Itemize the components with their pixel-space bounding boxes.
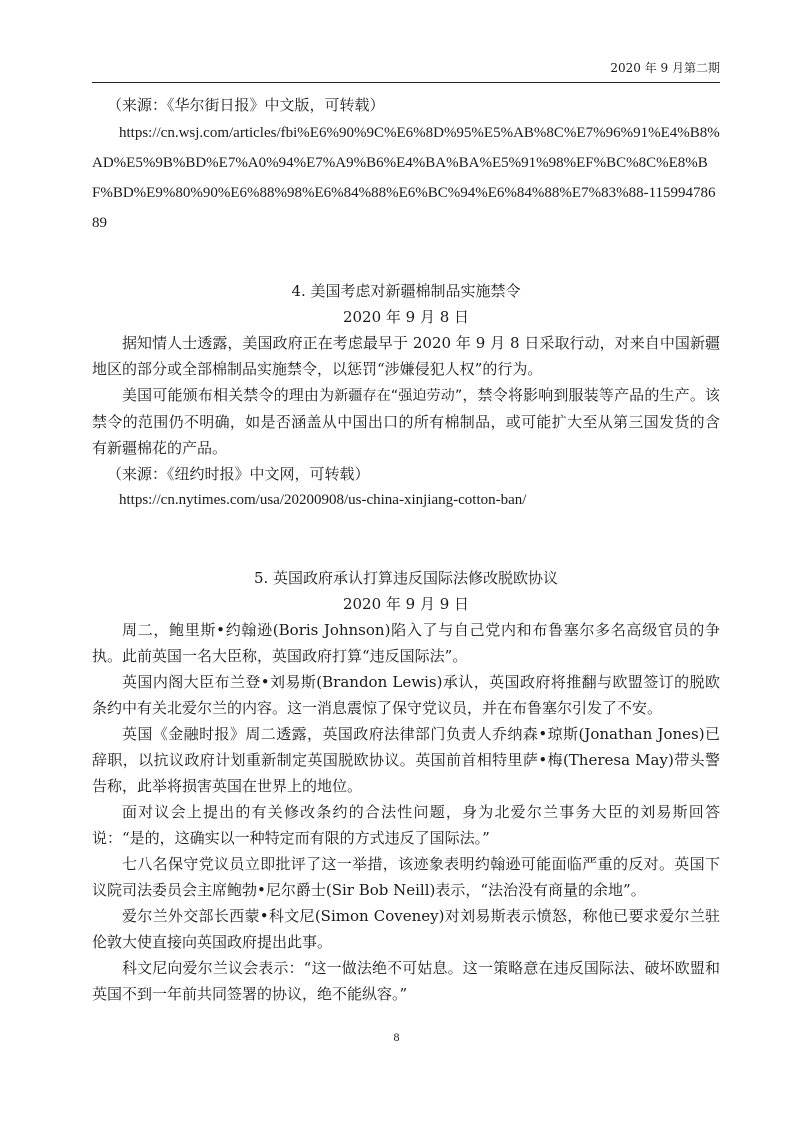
- nyt-source-url[interactable]: https://cn.nytimes.com/usa/20200908/us-c…: [92, 487, 720, 513]
- section-5-paragraph: 英国《金融时报》周二透露，英国政府法律部门负责人乔纳森•琼斯(Jonathan …: [92, 721, 720, 799]
- wsj-source-url[interactable]: https://cn.wsj.com/articles/fbi%E6%90%9C…: [92, 118, 720, 238]
- section-5-paragraph: 英国内阁大臣布兰登•刘易斯(Brandon Lewis)承认，英国政府将推翻与欧…: [92, 669, 720, 721]
- section-4-date: 2020 年 9 月 8 日: [92, 304, 720, 330]
- section-4-paragraph: 美国可能颁布相关禁令的理由为新疆存在“强迫劳动”，禁令将影响到服装等产品的生产。…: [92, 382, 720, 461]
- section-5-paragraph: 七八名保守党议员立即批评了这一举措，该迹象表明约翰逊可能面临严重的反对。英国下议…: [92, 851, 720, 903]
- section-5-paragraph: 面对议会上提出的有关修改条约的合法性问题，身为北爱尔兰事务大臣的刘易斯回答说：“…: [92, 799, 720, 851]
- highlight-text-span: 新疆存在“强迫劳动”: [334, 388, 462, 404]
- issue-label: 2020 年 9 月第二期: [610, 61, 720, 75]
- section-4-title: 4. 美国考虑对新疆棉制品实施禁令: [92, 278, 720, 304]
- nyt-source-line: （来源：《纽约时报》中文网，可转载）: [92, 461, 720, 487]
- text-span: 美国可能颁布相关禁令的理由为: [122, 386, 334, 404]
- wsj-source-line: （来源：《华尔街日报》中文版，可转载）: [92, 92, 720, 118]
- page-content: （来源：《华尔街日报》中文版，可转载） https://cn.wsj.com/a…: [92, 92, 720, 1007]
- section-5-date: 2020 年 9 月 9 日: [92, 591, 720, 617]
- page-number: 8: [394, 1030, 400, 1044]
- section-5-paragraph: 爱尔兰外交部长西蒙•科文尼(Simon Coveney)对刘易斯表示愤怒，称他已…: [92, 903, 720, 955]
- page-header: 2020 年 9 月第二期: [92, 60, 720, 83]
- page-footer: 8: [0, 1030, 793, 1045]
- section-5-title: 5. 英国政府承认打算违反国际法修改脱欧协议: [92, 565, 720, 591]
- section-5-paragraph: 科文尼向爱尔兰议会表示：“这一做法绝不可姑息。这一策略意在违反国际法、破坏欧盟和…: [92, 955, 720, 1007]
- section-4-paragraph: 据知情人士透露，美国政府正在考虑最早于 2020 年 9 月 8 日采取行动，对…: [92, 330, 720, 382]
- section-5-paragraph: 周二，鲍里斯•约翰逊(Boris Johnson)陷入了与自己党内和布鲁塞尔多名…: [92, 617, 720, 669]
